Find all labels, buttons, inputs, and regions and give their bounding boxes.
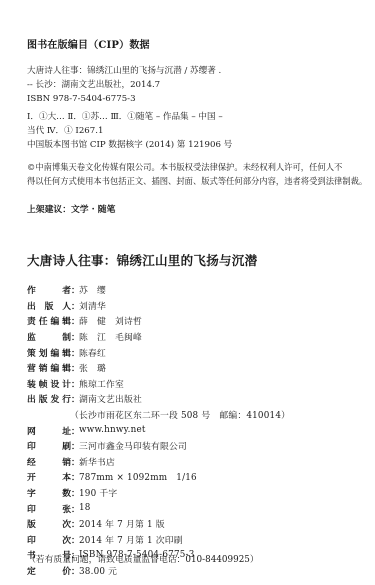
info-value: 2014 年 7 月第 1 版 — [79, 517, 165, 530]
colon: ： — [71, 330, 79, 343]
info-label-char: 价 — [62, 564, 71, 577]
info-label: 策划编辑 — [27, 346, 71, 359]
info-label: 营销编辑 — [27, 361, 71, 374]
colon: ： — [71, 283, 79, 296]
info-value: （长沙市雨花区东二环一段 508 号 邮编：410014） — [70, 408, 290, 421]
info-label-char: 销 — [39, 361, 48, 374]
info-value: 787mm × 1092mm 1/16 — [79, 470, 197, 483]
publication-info: 作者：苏 缨出版人：刘清华责任编辑：薛 健 刘诗哲监制：陈 江 毛闽峰策划编辑：… — [27, 282, 290, 578]
info-value: 陈 江 毛闽峰 — [79, 330, 142, 343]
info-row: 经销：新华书店 — [27, 454, 290, 470]
info-label-char: 装 — [27, 377, 36, 390]
info-row: 开本：787mm × 1092mm 1/16 — [27, 469, 290, 485]
info-value: 刘清华 — [79, 299, 106, 312]
info-label-char: 行 — [62, 392, 71, 405]
info-label-char: 辑 — [62, 314, 71, 327]
info-label: 责任编辑 — [27, 314, 71, 327]
info-row: 作者：苏 缨 — [27, 282, 290, 298]
colon: ： — [71, 361, 79, 374]
info-value: 熊琼工作室 — [79, 377, 124, 390]
colon: ： — [71, 314, 79, 327]
info-label-char: 划 — [39, 346, 48, 359]
info-label-char: 责 — [27, 314, 36, 327]
colon: ： — [71, 424, 79, 437]
info-label-char: 监 — [27, 330, 36, 343]
copyright-line: ©中南博集天卷文化传媒有限公司。本书版权受法律保护。未经权利人许可，任何人不 — [27, 160, 342, 174]
info-row: 字数：190 千字 — [27, 485, 290, 501]
info-label-char: 版 — [45, 299, 54, 312]
cip-heading: 图书在版编目（CIP）数据 — [27, 36, 150, 51]
info-label: 定价 — [27, 564, 71, 577]
info-row: 装帧设计：熊琼工作室 — [27, 376, 290, 392]
info-label: 出版人 — [27, 299, 71, 312]
info-label-char: 人 — [62, 299, 71, 312]
info-label: 装帧设计 — [27, 377, 71, 390]
info-value: 190 千字 — [79, 486, 117, 499]
info-label-char: 印 — [27, 533, 36, 546]
info-value: www.hnwy.net — [79, 425, 146, 435]
info-row: 印刷：三河市鑫金马印装有限公司 — [27, 438, 290, 454]
info-row: 印张：18 — [27, 500, 290, 516]
info-row: 网址：www.hnwy.net — [27, 422, 290, 438]
info-label-char: 次 — [62, 533, 71, 546]
colon: ： — [71, 502, 79, 515]
colon: ： — [71, 517, 79, 530]
info-row: 版次：2014 年 7 月第 1 版 — [27, 516, 290, 532]
cip-line: ISBN 978-7-5404-6775-3 — [27, 92, 136, 106]
info-label-char: 出 — [27, 392, 36, 405]
classification-line: 中国版本图书馆 CIP 数据核字 (2014) 第 121906 号 — [27, 138, 232, 152]
info-label: 网址 — [27, 424, 71, 437]
info-label-char: 张 — [62, 502, 71, 515]
classification-line: Ⅰ．①大… Ⅱ．①苏… Ⅲ．①随笔 – 作品集 – 中国 – — [27, 110, 223, 124]
info-label-char: 出 — [27, 299, 36, 312]
info-row: 定价：38.00 元 — [27, 563, 290, 579]
colon: ： — [71, 392, 79, 405]
info-label-char: 制 — [62, 330, 71, 343]
shelf-suggestion: 上架建议：文学 · 随笔 — [27, 202, 115, 215]
book-title: 大唐诗人往事：锦绣江山里的飞扬与沉潜 — [27, 251, 257, 269]
info-row: （长沙市雨花区东二环一段 508 号 邮编：410014） — [27, 407, 290, 423]
info-label: 印次 — [27, 533, 71, 546]
info-label-char: 次 — [62, 517, 71, 530]
info-label-char: 编 — [50, 361, 59, 374]
info-label: 出版发行 — [27, 392, 71, 405]
colon: ： — [71, 533, 79, 546]
info-label-char: 字 — [27, 486, 36, 499]
info-label: 印刷 — [27, 439, 71, 452]
info-label: 作者 — [27, 283, 71, 296]
info-row: 监制：陈 江 毛闽峰 — [27, 329, 290, 345]
info-label: 版次 — [27, 517, 71, 530]
info-value: 张 璐 — [79, 361, 106, 374]
colon: ： — [71, 564, 79, 577]
info-label-char: 帧 — [39, 377, 48, 390]
info-label-char: 网 — [27, 424, 36, 437]
info-label-char: 本 — [62, 470, 71, 483]
info-value: 18 — [79, 503, 91, 513]
info-label-char: 开 — [27, 470, 36, 483]
info-value: 2014 年 7 月第 1 次印刷 — [79, 533, 183, 546]
colon: ： — [71, 377, 79, 390]
classification-line: 当代 Ⅳ．① I267.1 — [27, 124, 103, 138]
colon: ： — [71, 470, 79, 483]
info-row: 策划编辑：陈春红 — [27, 344, 290, 360]
info-value: 陈春红 — [79, 346, 106, 359]
colon: ： — [71, 299, 79, 312]
copyright-line: 得以任何方式使用本书包括正文、插图、封面、版式等任何部分内容，违者将受到法律制裁… — [27, 174, 367, 188]
info-label-char: 者 — [62, 283, 71, 296]
info-label-char: 作 — [27, 283, 36, 296]
info-value: 38.00 元 — [79, 564, 117, 577]
cip-line: -- 长沙：湖南文艺出版社，2014.7 — [27, 78, 160, 92]
info-value: 苏 缨 — [79, 283, 106, 296]
info-row: 印次：2014 年 7 月第 1 次印刷 — [27, 532, 290, 548]
info-label-char: 版 — [39, 392, 48, 405]
info-label-char: 版 — [27, 517, 36, 530]
info-label-char: 策 — [27, 346, 36, 359]
info-value: 湖南文艺出版社 — [79, 392, 142, 405]
colon: ： — [71, 346, 79, 359]
cip-line: 大唐诗人往事：锦绣江山里的飞扬与沉潜 / 苏缨著 . — [27, 64, 221, 78]
colon: ： — [71, 486, 79, 499]
info-row: 出版人：刘清华 — [27, 298, 290, 314]
colon: ： — [71, 439, 79, 452]
info-label-char: 设 — [50, 377, 59, 390]
info-label: 字数 — [27, 486, 71, 499]
info-label: 监制 — [27, 330, 71, 343]
info-label-char: 辑 — [62, 361, 71, 374]
info-row: 营销编辑：张 璐 — [27, 360, 290, 376]
info-label-char: 印 — [27, 439, 36, 452]
info-label-char: 销 — [62, 455, 71, 468]
info-row: 责任编辑：薛 健 刘诗哲 — [27, 313, 290, 329]
info-label-char: 印 — [27, 502, 36, 515]
info-label: 经销 — [27, 455, 71, 468]
info-label-char: 发 — [50, 392, 59, 405]
info-label-char: 经 — [27, 455, 36, 468]
info-label-char: 辑 — [62, 346, 71, 359]
info-label-char: 址 — [62, 424, 71, 437]
colon: ： — [71, 455, 79, 468]
info-value: 新华书店 — [79, 455, 115, 468]
info-value: 薛 健 刘诗哲 — [79, 314, 142, 327]
info-label-char: 计 — [62, 377, 71, 390]
info-label-char: 数 — [62, 486, 71, 499]
info-label-char: 营 — [27, 361, 36, 374]
info-label-char: 定 — [27, 564, 36, 577]
info-label-char: 编 — [50, 314, 59, 327]
info-label-char: 任 — [39, 314, 48, 327]
info-value: 三河市鑫金马印装有限公司 — [79, 439, 187, 452]
info-label-char: 刷 — [62, 439, 71, 452]
info-row: 出版发行：湖南文艺出版社 — [27, 391, 290, 407]
quality-notice: （若有质量问题，请致电质量监督电话：010-84409925） — [27, 552, 259, 565]
info-label-char: 编 — [50, 346, 59, 359]
info-label: 开本 — [27, 470, 71, 483]
info-label: 印张 — [27, 502, 71, 515]
